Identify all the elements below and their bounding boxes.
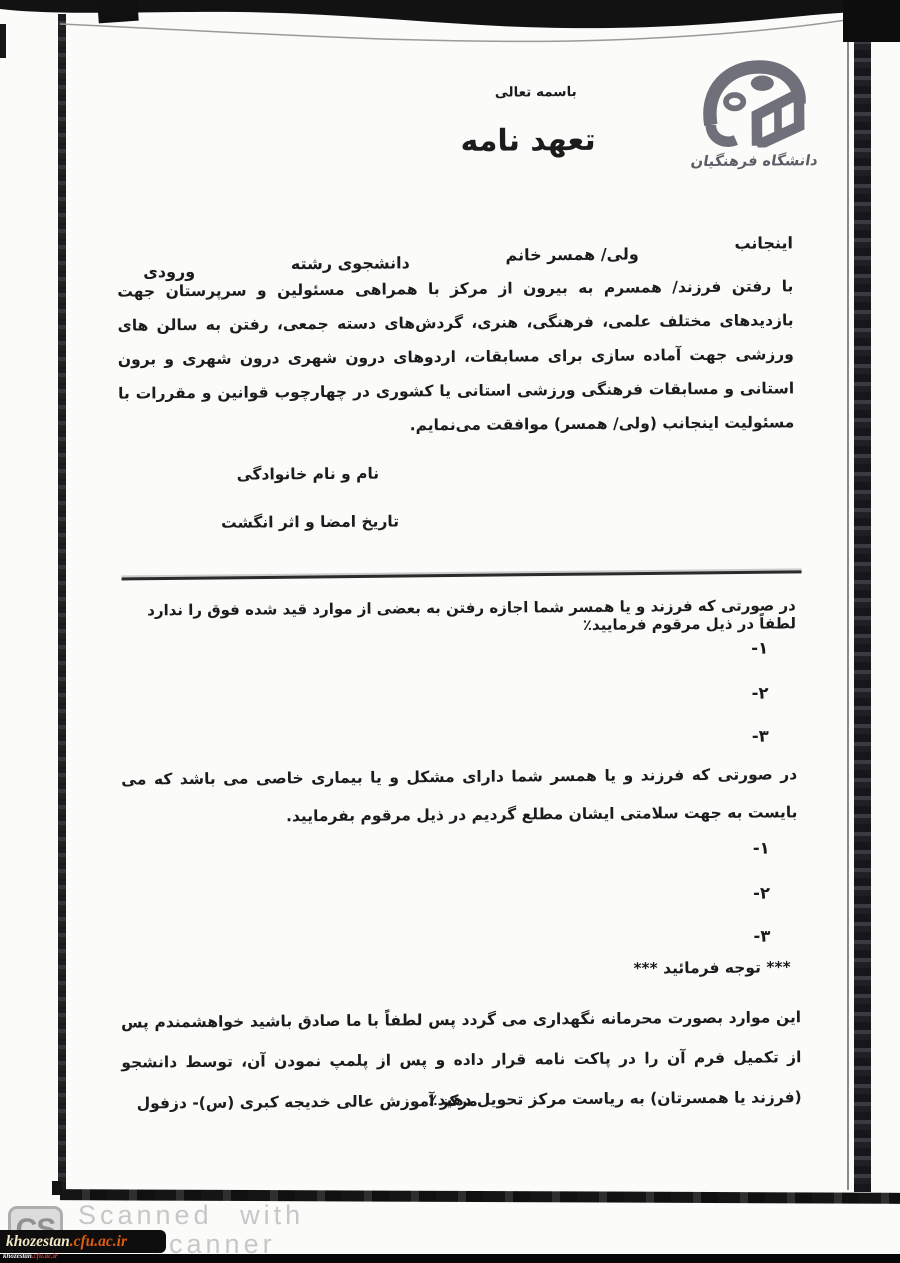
site-watermark-small: khozestan.cfu.ac.ir — [3, 1252, 58, 1260]
site-watermark-name: khozestan — [6, 1233, 70, 1251]
logo-calligraphy: دانشگاه فرهنگیان — [677, 153, 832, 170]
scan-corner-top-left — [97, 0, 138, 23]
permission-item-1: ۱- — [120, 639, 768, 663]
scan-corner-top-right — [843, 0, 900, 42]
section-divider — [122, 570, 802, 580]
permissions-intro: در صورتی که فرزند و یا همسر شما اجازه رف… — [120, 596, 796, 637]
permission-item-2: ۲- — [120, 684, 768, 708]
opening-line: اینجانب ولی/ همسر خانم دانشجوی رشته ورود… — [143, 233, 793, 257]
student-field-label: دانشجوی رشته — [291, 253, 410, 273]
health-item-2-number: ۲- — [753, 883, 770, 902]
permission-item-3-number: ۳- — [752, 726, 769, 745]
signature-date-label: تاریخ امضا و اثر انگشت — [221, 512, 399, 531]
scan-edge-right-line — [847, 30, 849, 1190]
scan-bottom-bar — [0, 1254, 900, 1263]
health-item-1-number: ۱- — [753, 838, 770, 857]
site-watermark-small-domain: .cfu.ac.ir — [32, 1252, 58, 1260]
university-logo-icon — [678, 51, 829, 148]
consent-paragraph: با رفتن فرزند/ همسرم به بیرون از مرکز با… — [117, 269, 794, 444]
center-name: مرکز آموزش عالی خدیجه کبری (س)- دزفول — [137, 1092, 478, 1113]
health-item-2: ۲- — [122, 883, 770, 907]
guardian-spouse-label: ولی/ همسر خانم — [505, 245, 638, 265]
attention-note: *** توجه فرمائید *** — [123, 958, 791, 981]
undersigned-label: اینجانب — [734, 233, 793, 252]
document-content: باسمه تعالی تعهد نامه دانشگاه فرهنگیان ا… — [0, 0, 900, 1263]
health-item-1: ۱- — [122, 838, 770, 862]
bismillah: باسمه تعالی — [494, 84, 578, 101]
health-item-3: ۳- — [122, 926, 770, 950]
health-intro: در صورتی که فرزند و یا همسر شما دارای مش… — [121, 755, 798, 836]
health-item-3-number: ۳- — [753, 926, 770, 945]
site-watermark-small-name: khozestan — [3, 1252, 32, 1260]
permission-item-2-number: ۲- — [751, 684, 768, 703]
scanned-document-page: باسمه تعالی تعهد نامه دانشگاه فرهنگیان ا… — [0, 0, 900, 1263]
permission-item-3: ۳- — [121, 726, 769, 750]
site-watermark-domain: .cfu.ac.ir — [70, 1233, 127, 1251]
document-title: تعهد نامه — [458, 123, 598, 159]
scan-edge-bottom-mark — [52, 1181, 62, 1195]
scan-edge-right — [854, 14, 871, 1192]
permission-item-1-number: ۱- — [751, 639, 768, 658]
university-logo: دانشگاه فرهنگیان — [677, 51, 830, 170]
site-watermark: khozestan.cfu.ac.ir — [0, 1230, 166, 1253]
scan-edge-left-mark — [0, 24, 6, 58]
scan-edge-left — [58, 14, 66, 1192]
name-surname-label: نام و نام خانوادگی — [237, 465, 379, 484]
